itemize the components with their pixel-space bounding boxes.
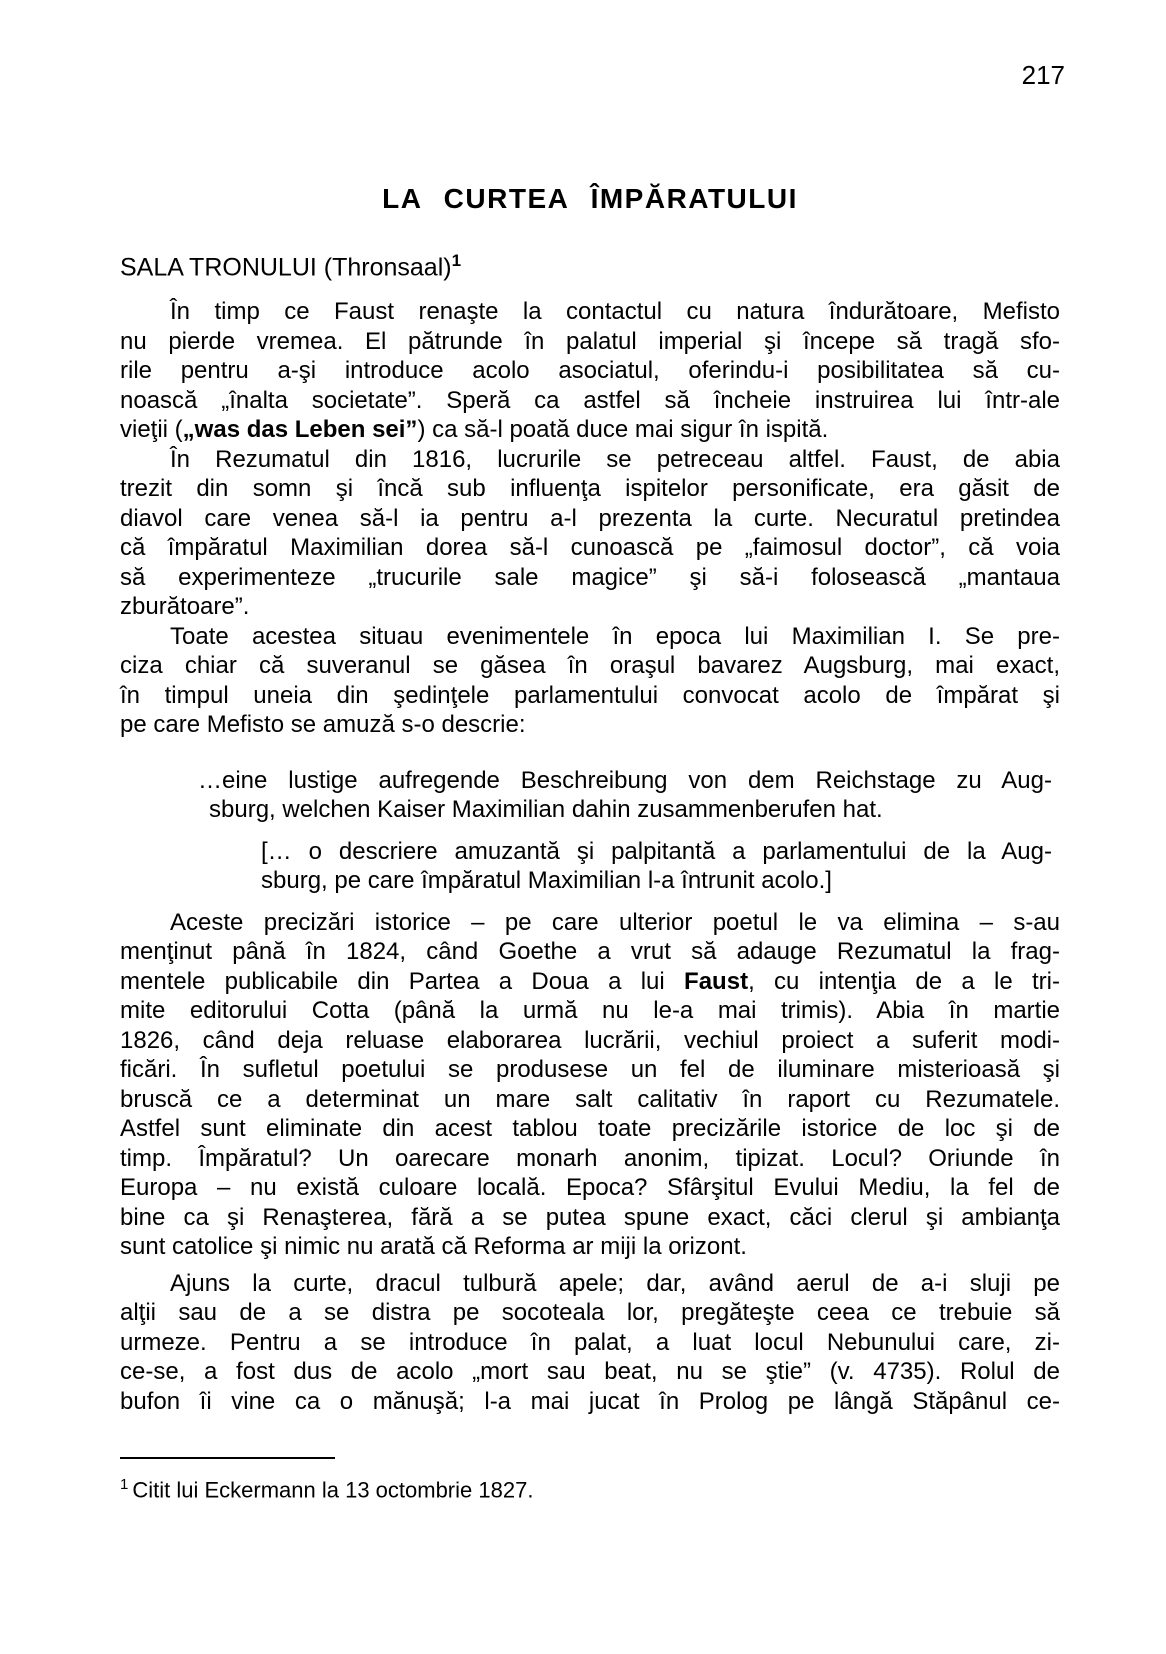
paragraphs: În timp ce Faust renaşte la contactul cu…	[120, 297, 1060, 1416]
footnote-number: 1	[120, 1476, 128, 1493]
text-line: Europa – nu există culoare locală. Epoca…	[120, 1173, 1060, 1203]
footnote-ref-marker: 1	[452, 251, 461, 270]
text-line: …eine lustige aufregende Beschreibung vo…	[198, 766, 1052, 796]
text-line: diavol care venea să-l ia pentru a-l pre…	[120, 504, 1060, 534]
text-line: mentele publicabile din Partea a Doua a …	[120, 967, 1060, 997]
page-content: LA CURTEA ÎMPĂRATULUI SALA TRONULUI (Thr…	[120, 0, 1060, 1505]
text-line: [… o descriere amuzantă şi palpitantă a …	[261, 837, 1052, 867]
text-line: ciza chiar că suveranul se găsea în oraş…	[120, 651, 1060, 681]
text-line: rile pentru a-şi introduce acolo asociat…	[120, 356, 1060, 386]
paragraph: [… o descriere amuzantă şi palpitantă a …	[120, 837, 1060, 896]
text-line: zburătoare”.	[120, 592, 1060, 622]
text-line: trezit din somn şi încă sub influenţa is…	[120, 474, 1060, 504]
text-line: În timp ce Faust renaşte la contactul cu…	[120, 297, 1060, 327]
text-line: Ajuns la curte, dracul tulbură apele; da…	[120, 1269, 1060, 1299]
text-line: menţinut până în 1824, când Goethe a vru…	[120, 937, 1060, 967]
paragraph: Ajuns la curte, dracul tulbură apele; da…	[120, 1269, 1060, 1417]
text-line: mite editorului Cotta (până la urmă nu l…	[120, 996, 1060, 1026]
paragraph: Aceste precizări istorice – pe care ulte…	[120, 908, 1060, 1262]
text-line: pe care Mefisto se amuză s-o descrie:	[120, 710, 1060, 740]
page-title: LA CURTEA ÎMPĂRATULUI	[120, 182, 1060, 215]
text-line: Toate acestea situau evenimentele în epo…	[120, 622, 1060, 652]
text-line: urmeze. Pentru a se introduce în palat, …	[120, 1328, 1060, 1358]
text-line: să experimenteze „trucurile sale magice”…	[120, 563, 1060, 593]
text-line: Astfel sunt eliminate din acest tablou t…	[120, 1114, 1060, 1144]
text-span: vieţii (	[120, 416, 183, 443]
text-line: noască „înalta societate”. Speră ca astf…	[120, 386, 1060, 416]
text-line: că împăratul Maximilian dorea să-l cunoa…	[120, 533, 1060, 563]
text-line: nu pierde vremea. El pătrunde în palatul…	[120, 327, 1060, 357]
text-line: În Rezumatul din 1816, lucrurile se petr…	[120, 445, 1060, 475]
bold-text: Faust	[684, 968, 748, 995]
paragraph: În Rezumatul din 1816, lucrurile se petr…	[120, 445, 1060, 622]
text-line: timp. Împăratul? Un oarecare monarh anon…	[120, 1144, 1060, 1174]
text-line: bine ca şi Renaşterea, fără a se putea s…	[120, 1203, 1060, 1233]
text-line: 1826, când deja reluase elaborarea lucră…	[120, 1026, 1060, 1056]
footnote-text: Citit lui Eckermann la 13 octombrie 1827…	[132, 1478, 533, 1503]
section-heading-text: SALA TRONULUI (Thronsaal)	[120, 253, 452, 281]
text-line: bruscă ce a determinat un mare salt cali…	[120, 1085, 1060, 1115]
bold-text: „was das Leben sei”	[183, 416, 418, 443]
paragraph: …eine lustige aufregende Beschreibung vo…	[120, 766, 1060, 825]
text-span: ) ca să-l poată duce mai sigur în ispită…	[417, 416, 828, 443]
footnote: 1Citit lui Eckermann la 13 octombrie 182…	[120, 1471, 1060, 1504]
paragraph: Toate acestea situau evenimentele în epo…	[120, 622, 1060, 740]
footnote-separator	[120, 1457, 335, 1459]
text-line: sburg, pe care împăratul Maximilian l-a …	[261, 866, 1052, 896]
text-line: sburg, welchen Kaiser Maximilian dahin z…	[209, 795, 1060, 825]
text-span: , cu intenţia de a le tri-	[748, 968, 1060, 995]
text-line: alţii sau de a se distra pe socoteala lo…	[120, 1298, 1060, 1328]
text-line: ficări. În sufletul poetului se produses…	[120, 1055, 1060, 1085]
text-span: mentele publicabile din Partea a Doua a …	[120, 968, 684, 995]
section-heading: SALA TRONULUI (Thronsaal)1	[120, 246, 1060, 282]
text-line: vieţii („was das Leben sei”) ca să-l poa…	[120, 415, 1060, 445]
text-line: în timpul uneia din şedinţele parlamentu…	[120, 681, 1060, 711]
paragraph: În timp ce Faust renaşte la contactul cu…	[120, 297, 1060, 445]
text-line: sunt catolice şi nimic nu arată că Refor…	[120, 1232, 1060, 1262]
text-line: Aceste precizări istorice – pe care ulte…	[120, 908, 1060, 938]
text-line: bufon îi vine ca o mănuşă; l-a mai jucat…	[120, 1387, 1060, 1417]
text-line: ce-se, a fost dus de acolo „mort sau bea…	[120, 1357, 1060, 1387]
